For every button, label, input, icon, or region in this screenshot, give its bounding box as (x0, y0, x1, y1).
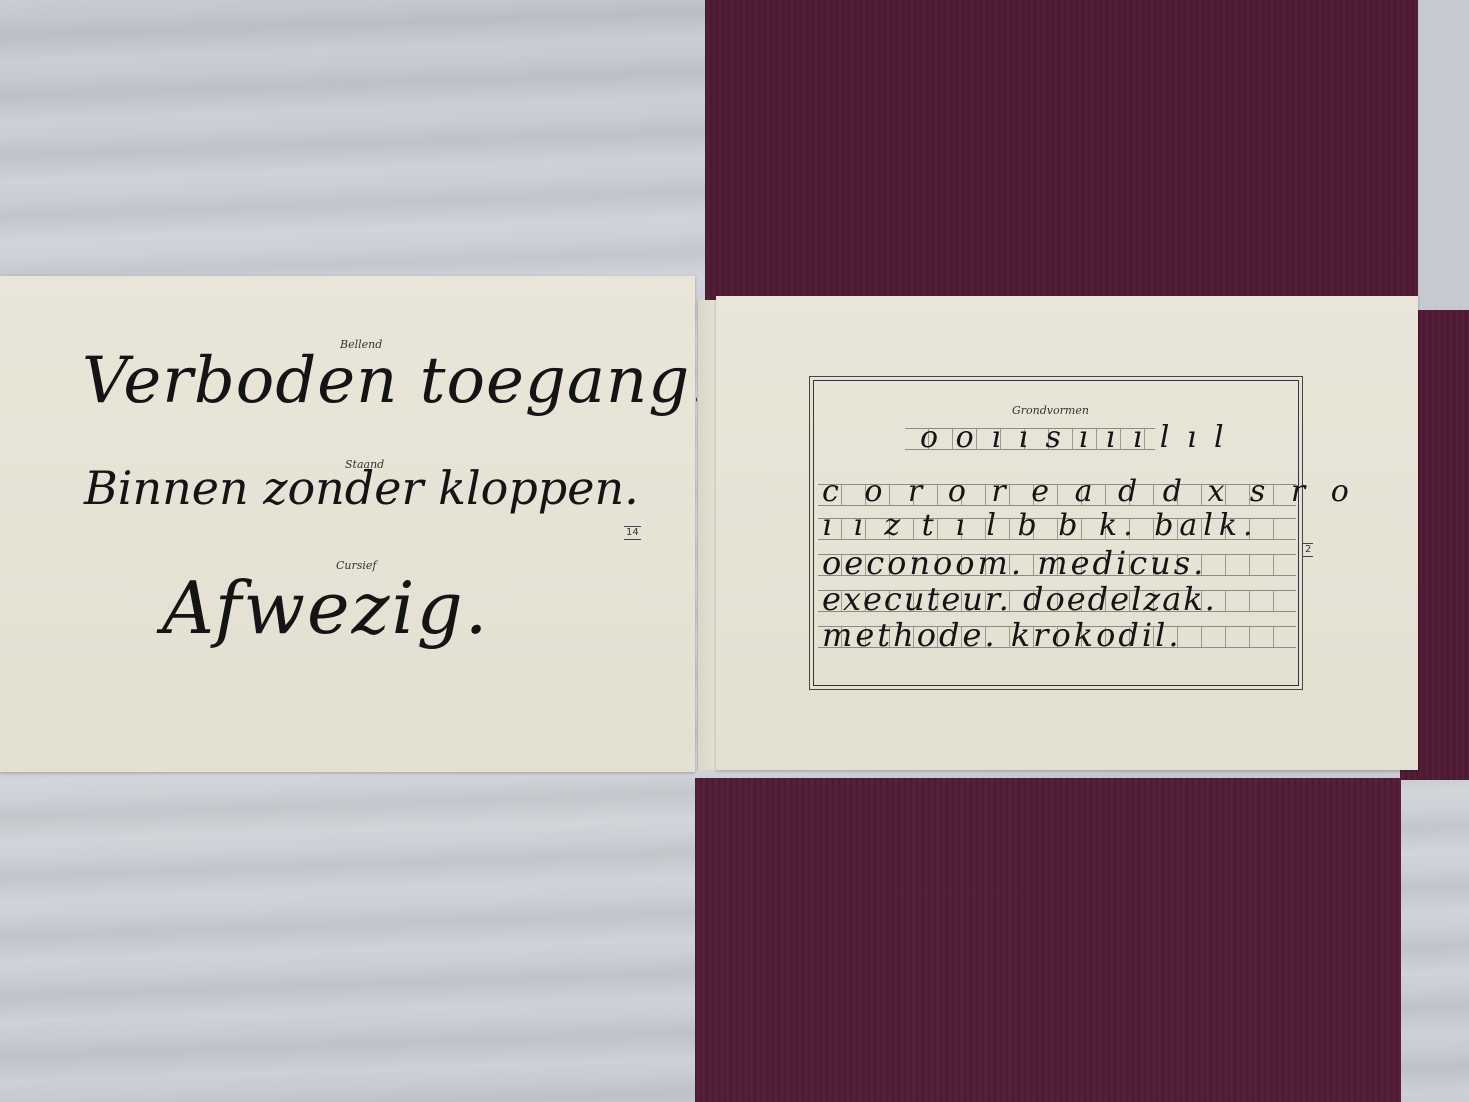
practice-row-1: c o r o r e a d d x s r o (822, 474, 1357, 509)
sheet-stack-edge (697, 300, 718, 770)
sample-text-staand: Binnen zonder kloppen. (84, 461, 639, 515)
purple-folder-bottom-flap (695, 778, 1401, 1102)
page-number-right: 2 (1303, 543, 1313, 557)
practice-row-4: executeur. doedelzak. (822, 580, 1217, 618)
practice-row-0: o o ı ı s ı ı ı l ı l (920, 420, 1228, 455)
left-calligraphy-sheet: Bellend Verboden toegang. Staand Binnen … (0, 276, 695, 772)
sheet-title: Grondvormen (1012, 404, 1089, 417)
cloth-gap (1418, 0, 1469, 310)
practice-row-5: methode. krokodil. (822, 616, 1182, 654)
purple-folder-top-flap (705, 0, 1418, 300)
practice-row-2: ı ı z t ı l b b k. balk. (822, 508, 1259, 543)
sample-text-cursief: Afwezig. (162, 566, 490, 650)
practice-row-3: oeconoom. medicus. (822, 544, 1206, 582)
sample-text-bellend: Verboden toegang. (82, 344, 712, 418)
page-number-left: 14 (624, 526, 641, 540)
